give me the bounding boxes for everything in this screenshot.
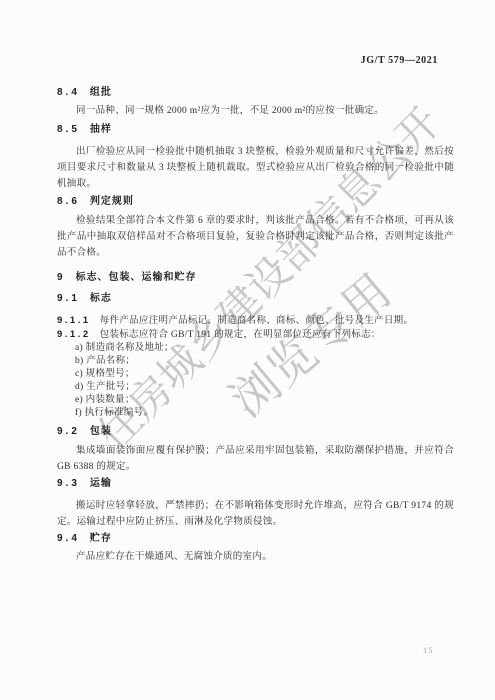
list-item: c) 规格型号； bbox=[75, 368, 454, 381]
section-title: 贮存 bbox=[90, 533, 112, 544]
section-heading-9-3: 9.3运输 bbox=[57, 477, 454, 491]
clause-9-1-2: 9.1.2包装标志应符合 GB/T 191 的规定，在明显部位还应有下列标志： bbox=[57, 328, 454, 342]
section-title: 运输 bbox=[90, 478, 112, 489]
section-heading-9-2: 9.2包装 bbox=[57, 425, 454, 439]
section-title: 标志 bbox=[90, 293, 112, 304]
list-item: d) 生产批号； bbox=[75, 381, 454, 394]
section-heading-8-5: 8.5抽样 bbox=[57, 123, 454, 137]
section-number: 9.2 bbox=[57, 426, 80, 437]
clause-number: 9.1.2 bbox=[57, 329, 91, 340]
section-number: 8.6 bbox=[57, 196, 80, 207]
marking-items-list: a) 制造商名称及地址； b) 产品名称； c) 规格型号； d) 生产批号； … bbox=[57, 342, 454, 420]
section-title: 判定规则 bbox=[90, 196, 134, 207]
clause-9-1-1: 9.1.1每件产品应注明产品标记、制造商名称、商标、颜色、批号及生产日期。 bbox=[57, 314, 454, 328]
page-number: 15 bbox=[423, 645, 434, 655]
section-heading-9-4: 9.4贮存 bbox=[57, 532, 454, 546]
section-heading-9-1: 9.1标志 bbox=[57, 292, 454, 306]
document-content: 8.4组批 同一品种、同一规格 2000 m²应为一批，不足 2000 m²的应… bbox=[57, 0, 454, 565]
section-number: 9 bbox=[57, 272, 66, 283]
section-number: 9.1 bbox=[57, 293, 80, 304]
paragraph-8-4: 同一品种、同一规格 2000 m²应为一批，不足 2000 m²的应按一批确定。 bbox=[57, 103, 454, 119]
chapter-heading-9: 9标志、包装、运输和贮存 bbox=[57, 271, 454, 285]
section-title: 抽样 bbox=[90, 124, 112, 135]
list-item: e) 内装数量； bbox=[75, 394, 454, 407]
section-number: 8.5 bbox=[57, 124, 80, 135]
document-page: 住房城乡建设部信息公开 浏览专用 JG/T 579—2021 8.4组批 同一品… bbox=[0, 0, 495, 700]
clause-text: 每件产品应注明产品标记、制造商名称、商标、颜色、批号及生产日期。 bbox=[100, 316, 414, 326]
section-heading-8-4: 8.4组批 bbox=[57, 86, 454, 100]
list-item: b) 产品名称； bbox=[75, 355, 454, 368]
standard-code-header: JG/T 579—2021 bbox=[361, 55, 438, 66]
paragraph-8-5: 出厂检验应从同一检验批中随机抽取 3 块整板，检验外观质量和尺寸允许偏差，然后按… bbox=[57, 144, 454, 192]
section-number: 9.3 bbox=[57, 478, 80, 489]
paragraph-9-4: 产品应贮存在干燥通风、无腐蚀介质的室内。 bbox=[57, 549, 454, 565]
section-heading-8-6: 8.6判定规则 bbox=[57, 195, 454, 209]
section-number: 9.4 bbox=[57, 533, 80, 544]
section-title: 包装 bbox=[90, 426, 112, 437]
list-item: a) 制造商名称及地址； bbox=[75, 342, 454, 355]
paragraph-8-6: 检验结果全部符合本文件第 6 章的要求时，判该批产品合格。若有不合格项，可再从该… bbox=[57, 213, 454, 261]
paragraph-9-2: 集成墙面装饰面应覆有保护膜；产品应采用牢固包装箱，采取防潮保护措施，并应符合 G… bbox=[57, 443, 454, 475]
section-title: 组批 bbox=[90, 87, 112, 98]
clause-number: 9.1.1 bbox=[57, 315, 91, 326]
section-title: 标志、包装、运输和贮存 bbox=[76, 272, 197, 283]
section-number: 8.4 bbox=[57, 87, 80, 98]
clause-text: 包装标志应符合 GB/T 191 的规定，在明显部位还应有下列标志： bbox=[100, 330, 381, 340]
list-item: f) 执行标准编号。 bbox=[75, 407, 454, 420]
paragraph-9-3: 搬运时应轻拿轻放，严禁摔扔；在不影响箱体变形时允许堆高，应符合 GB/T 917… bbox=[57, 498, 454, 530]
